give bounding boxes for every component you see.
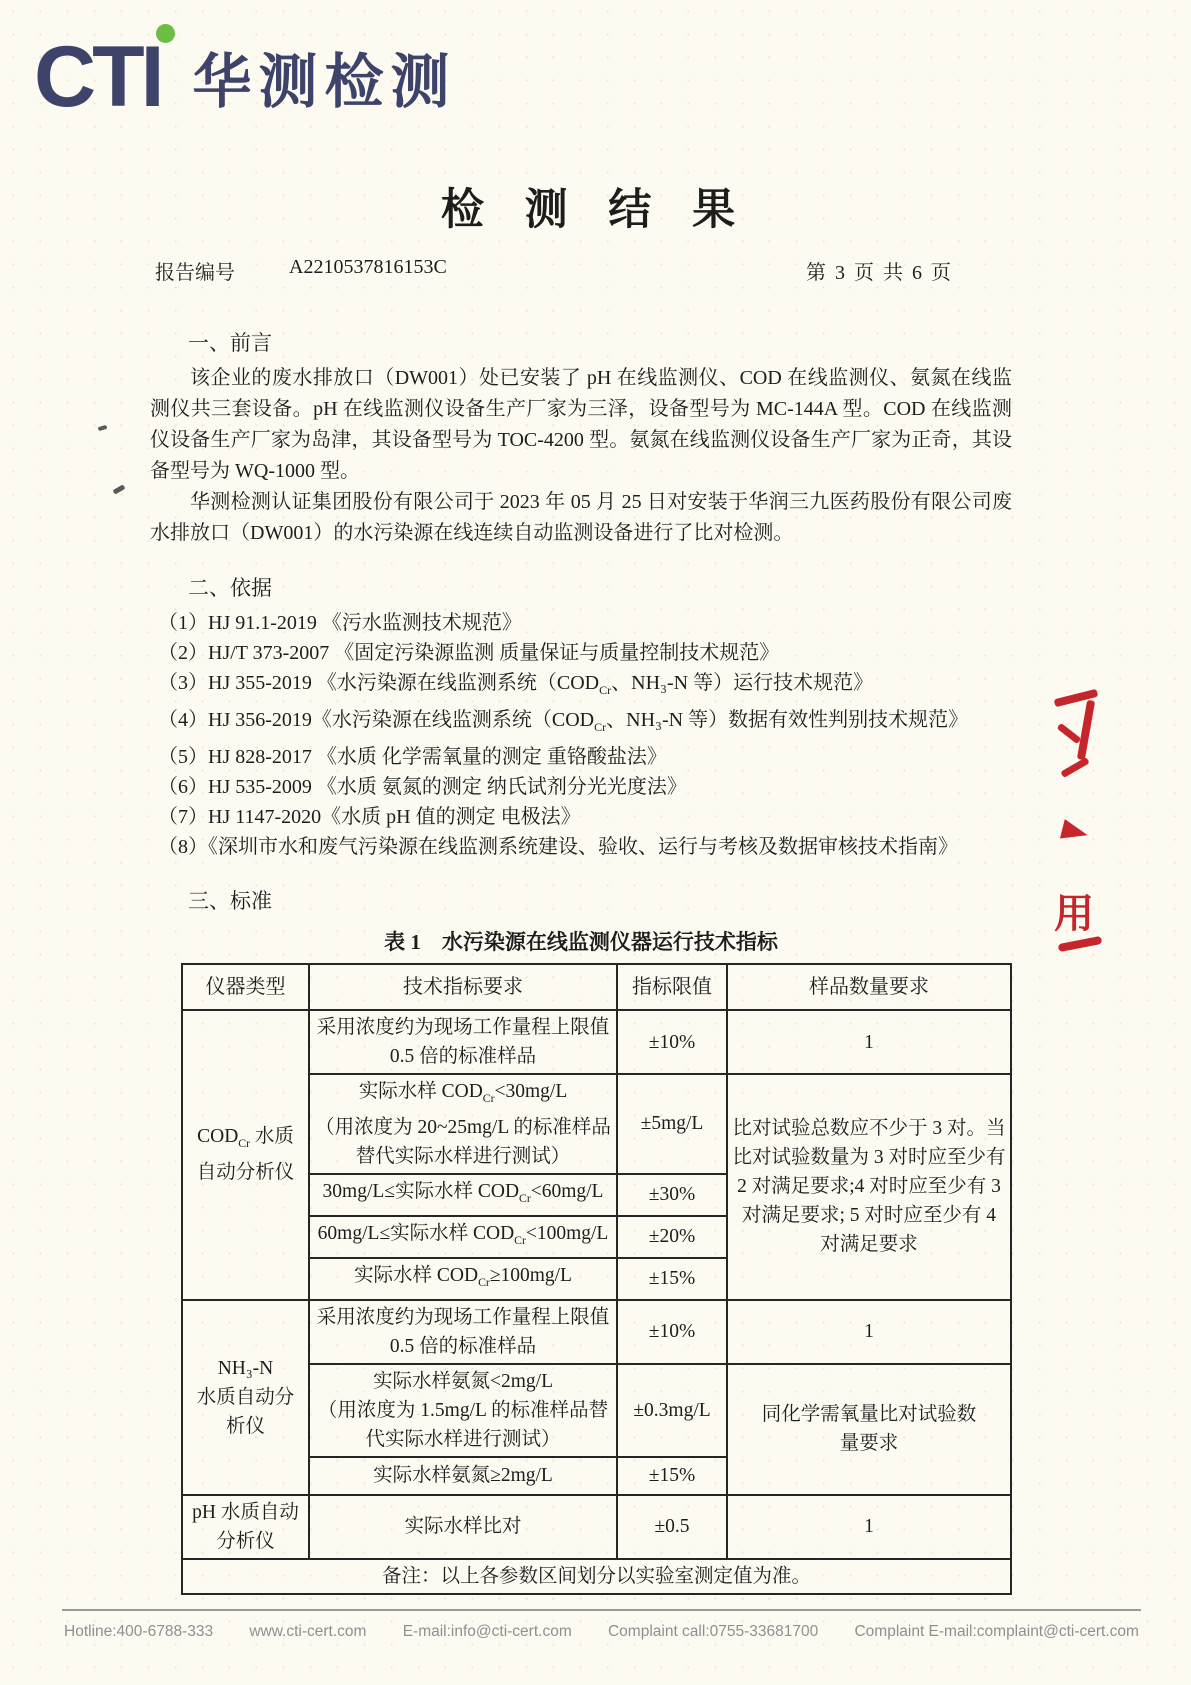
table-row: NH₃-N 水质自动分 析仪 采用浓度约为现场工作量程上限值 0.5 倍的标准样… [182, 1300, 1011, 1364]
preface-paragraph-1: 该企业的废水排放口（DW001）处已安装了 pH 在线监测仪、COD 在线监测仪… [150, 363, 1012, 487]
stamp-fragment-stroke [1058, 936, 1103, 952]
basis-item-2: （2）HJ/T 373-2007 《固定污染源监测 质量保证与质量控制技术规范》 [158, 638, 1012, 668]
requirement-cell: 实际水样 CODCr≥100mg/L [309, 1258, 617, 1300]
stamp-fragment-triangle [1060, 819, 1090, 845]
limit-cell: ±0.5 [617, 1495, 727, 1559]
sample-cell: 1 [727, 1300, 1011, 1364]
page-title: 检 测 结 果 [0, 176, 1191, 237]
basis-item-8: （8）《深圳市水和废气污染源在线监测系统建设、验收、运行与考核及数据审核技术指南… [158, 832, 1012, 862]
footer-email: E-mail:info@cti-cert.com [403, 1623, 572, 1641]
footer-website: www.cti-cert.com [249, 1623, 366, 1641]
stamp-fragment-top [1052, 686, 1098, 796]
requirement-cell: 实际水样比对 [309, 1495, 617, 1559]
table-remark-row: 备注：以上各参数区间划分以实验室测定值为准。 [182, 1559, 1011, 1594]
header-tech-requirement: 技术指标要求 [309, 964, 617, 1010]
footer-complaint-call: Complaint call:0755-33681700 [608, 1623, 818, 1641]
requirement-cell: 实际水样氨氮≥2mg/L [309, 1457, 617, 1495]
section-preface: 一、前言 该企业的废水排放口（DW001）处已安装了 pH 在线监测仪、COD … [150, 326, 1012, 549]
section-standards: 三、标准 表 1 水污染源在线监测仪器运行技术指标 仪器类型 技术指标要求 指标… [150, 884, 1012, 1595]
logo-cti-text: CTI [34, 42, 169, 112]
header-sample-quantity: 样品数量要求 [727, 964, 1011, 1010]
limit-cell: ±0.3mg/L [617, 1364, 727, 1457]
preface-paragraph-2: 华测检测认证集团股份有限公司于 2023 年 05 月 25 日对安装于华润三九… [150, 487, 1012, 549]
sample-cell: 1 [727, 1495, 1011, 1559]
report-page: CTI 华测检测 检 测 结 果 报告编号 A2210537816153C 第 … [0, 0, 1191, 1685]
footer-divider [62, 1609, 1141, 1611]
limit-cell: ±10% [617, 1300, 727, 1364]
limit-cell: ±15% [617, 1258, 727, 1300]
instrument-cell-nh3n: NH₃-N 水质自动分 析仪 [182, 1300, 309, 1495]
instrument-cell-cod: CODCr 水质 自动分析仪 [182, 1010, 309, 1300]
basis-item-6: （6）HJ 535-2009 《水质 氨氮的测定 纳氏试剂分光光度法》 [158, 772, 1012, 802]
section-heading-preface: 一、前言 [188, 326, 1012, 360]
basis-item-7: （7）HJ 1147-2020《水质 pH 值的测定 电极法》 [158, 802, 1012, 832]
logo-cti-letters: CTI [34, 29, 161, 125]
scan-speck [98, 425, 108, 431]
limit-cell: ±30% [617, 1174, 727, 1216]
page-indicator: 第 3 页 共 6 页 [806, 256, 953, 285]
basis-item-1: （1）HJ 91.1-2019 《污水监测技术规范》 [158, 608, 1012, 638]
report-number-label: 报告编号 [155, 256, 235, 285]
requirement-cell: 60mg/L≤实际水样 CODCr<100mg/L [309, 1216, 617, 1258]
table-row: pH 水质自动 分析仪 实际水样比对 ±0.5 1 [182, 1495, 1011, 1559]
instrument-cell-ph: pH 水质自动 分析仪 [182, 1495, 309, 1559]
requirement-cell: 30mg/L≤实际水样 CODCr<60mg/L [309, 1174, 617, 1216]
standards-table: 仪器类型 技术指标要求 指标限值 样品数量要求 CODCr 水质 自动分析仪 采… [181, 963, 1012, 1595]
header-limit: 指标限值 [617, 964, 727, 1010]
basis-item-3: （3）HJ 355-2019 《水污染源在线监测系统（CODCr、NH₃-N 等… [158, 668, 1012, 705]
sample-cell: 1 [727, 1010, 1011, 1074]
document-body: 一、前言 该企业的废水排放口（DW001）处已安装了 pH 在线监测仪、COD … [150, 326, 1012, 1595]
section-basis: 二、依据 （1）HJ 91.1-2019 《污水监测技术规范》 （2）HJ/T … [150, 571, 1012, 862]
sample-cell: 同化学需氧量比对试验数 量要求 [727, 1364, 1011, 1495]
logo-dot-icon [156, 24, 175, 43]
requirement-cell: 采用浓度约为现场工作量程上限值 0.5 倍的标准样品 [309, 1300, 617, 1364]
table-header-row: 仪器类型 技术指标要求 指标限值 样品数量要求 [182, 964, 1011, 1010]
remark-cell: 备注：以上各参数区间划分以实验室测定值为准。 [182, 1559, 1011, 1594]
section-heading-standards: 三、标准 [188, 884, 1012, 918]
requirement-cell: 实际水样氨氮<2mg/L （用浓度为 1.5mg/L 的标准样品替 代实际水样进… [309, 1364, 617, 1457]
footer-hotline: Hotline:400-6788-333 [64, 1623, 213, 1641]
stamp-fragment-char: 用 [1054, 894, 1094, 934]
header-instrument-type: 仪器类型 [182, 964, 309, 1010]
section-heading-basis: 二、依据 [188, 571, 1012, 605]
basis-item-5: （5）HJ 828-2017 《水质 化学需氧量的测定 重铬酸盐法》 [158, 742, 1012, 772]
footer: Hotline:400-6788-333 www.cti-cert.com E-… [64, 1623, 1139, 1641]
limit-cell: ±15% [617, 1457, 727, 1495]
logo-company-name: 华测检测 [193, 54, 457, 112]
requirement-cell: 采用浓度约为现场工作量程上限值 0.5 倍的标准样品 [309, 1010, 617, 1074]
requirement-cell: 实际水样 CODCr<30mg/L （用浓度为 20~25mg/L 的标准样品 … [309, 1074, 617, 1174]
limit-cell: ±10% [617, 1010, 727, 1074]
table-title: 表 1 水污染源在线监测仪器运行技术指标 [150, 926, 1012, 958]
basis-item-4: （4）HJ 356-2019《水污染源在线监测系统（CODCr、NH₃-N 等）… [158, 705, 1012, 742]
report-number-value: A2210537816153C [289, 256, 447, 279]
limit-cell: ±5mg/L [617, 1074, 727, 1174]
table-row: CODCr 水质 自动分析仪 采用浓度约为现场工作量程上限值 0.5 倍的标准样… [182, 1010, 1011, 1074]
sample-cell: 比对试验总数应不少于 3 对。当比对试验数量为 3 对时应至少有 2 对满足要求… [727, 1074, 1011, 1300]
cti-logo: CTI 华测检测 [34, 42, 457, 112]
scan-speck [113, 484, 126, 494]
footer-complaint-email: Complaint E-mail:complaint@cti-cert.com [854, 1623, 1138, 1641]
limit-cell: ±20% [617, 1216, 727, 1258]
